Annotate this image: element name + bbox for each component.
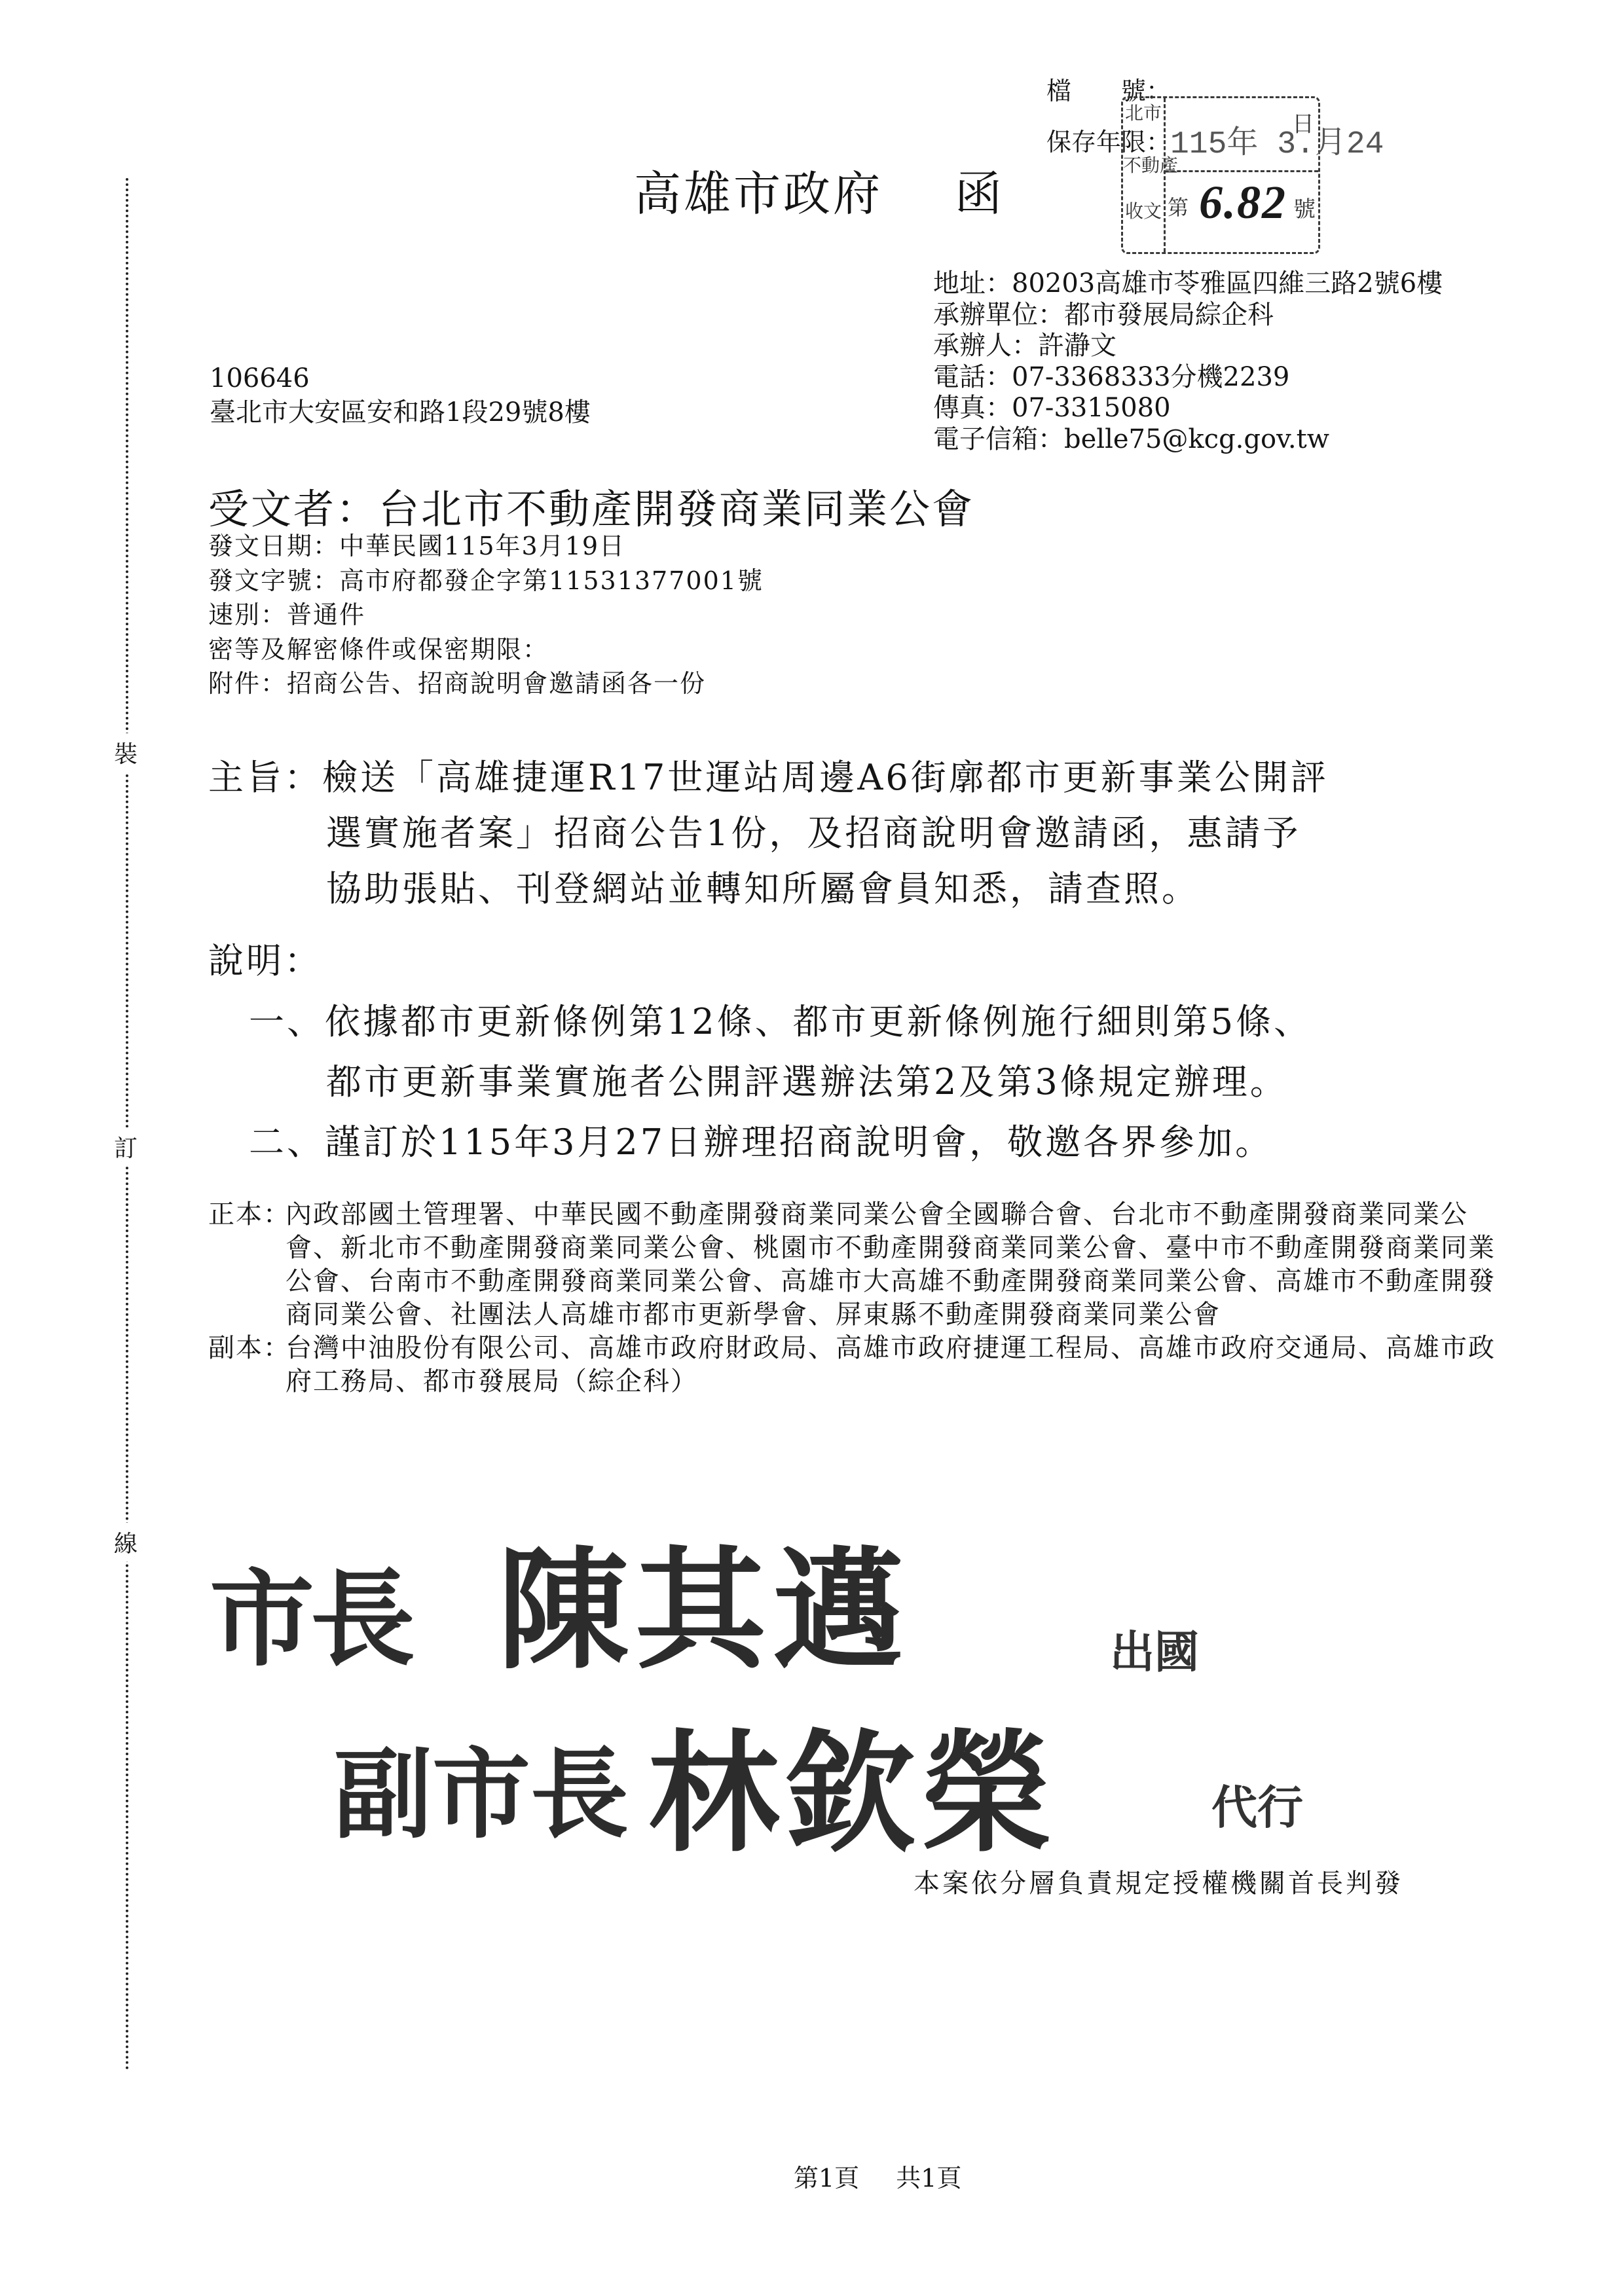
page-total: 共1頁	[896, 2164, 961, 2193]
binding-mark-xian: 線	[114, 1523, 138, 1561]
explanation-item-continued: 都市更新事業實施者公開評選辦法第2及第3條規定辦理。	[249, 1052, 1312, 1112]
contact-fax: 傳真：07-3315080	[933, 393, 1443, 424]
contact-email: 電子信箱：belle75@kcg.gov.tw	[933, 424, 1443, 456]
contact-officer: 承辦人：許瀞文	[933, 331, 1443, 362]
authority-note: 本案依分層負責規定授權機關首長判發	[913, 1863, 1403, 1900]
stamp-org-line: 北市	[1123, 103, 1164, 123]
deputy-mayor-name-seal: 林欽榮	[648, 1689, 1057, 1877]
explanation-section: 一、依據都市更新條例第12條、都市更新條例施行細則第5條、 都市更新事業實施者公…	[249, 992, 1312, 1173]
subject-line: 主旨：檢送「高雄捷運R17世運站周邊A6街廓都市更新事業公開評	[208, 750, 1329, 805]
stamp-number-row: 第 6.82 號	[1165, 172, 1318, 252]
receipt-stamp: 北市 不動產 收文 115年 3.月24 日 第 6.82 號	[1121, 96, 1320, 254]
explanation-item: 一、依據都市更新條例第12條、都市更新條例施行細則第5條、	[249, 992, 1312, 1052]
copy-list: 台灣中油股份有限公司、高雄市政府財政局、高雄市政府捷運工程局、高雄市政府交通局、…	[286, 1332, 1517, 1398]
binding-mark-zhuang: 裝	[114, 733, 138, 772]
document-type: 函	[955, 166, 1005, 221]
binding-dotted-line	[126, 178, 128, 2071]
stamp-day-label: 日	[1292, 106, 1314, 138]
copy-label: 副本：	[208, 1332, 286, 1398]
stamp-org-line: 收文	[1123, 202, 1164, 221]
binding-mark-ding: 訂	[114, 1127, 138, 1166]
subject-line: 協助張貼、刊登網站並轉知所屬會員知悉，請查照。	[208, 861, 1329, 917]
stamp-date-row: 115年 3.月24 日	[1165, 98, 1318, 172]
copy-recipients: 副本： 台灣中油股份有限公司、高雄市政府財政局、高雄市政府捷運工程局、高雄市政府…	[208, 1332, 1517, 1398]
stamp-number-suffix: 號	[1293, 191, 1316, 223]
subject-section: 主旨：檢送「高雄捷運R17世運站周邊A6街廓都市更新事業公開評 選實施者案」招商…	[208, 750, 1329, 917]
delivery-speed: 速別：普通件	[208, 598, 764, 632]
document-number: 發文字號：高市府都發企字第11531377001號	[208, 564, 764, 598]
explanation-title: 說明：	[208, 933, 322, 983]
stamp-date: 115年 3.月24	[1170, 117, 1384, 162]
contact-address: 地址：80203高雄市苓雅區四維三路2號6樓	[933, 268, 1443, 300]
contact-unit: 承辦單位：都市發展局綜企科	[933, 300, 1443, 331]
document-title: 高雄市政府函	[634, 156, 1005, 224]
subject-line: 選實施者案」招商公告1份，及招商說明會邀請函，惠請予	[208, 805, 1329, 861]
recipient: 受文者：台北市不動產開發商業同業公會	[208, 477, 974, 535]
mayor-name-seal: 陳其邁	[498, 1506, 910, 1694]
page-number: 第1頁	[794, 2164, 859, 2193]
deputy-status: 代行	[1211, 1771, 1303, 1837]
issue-date: 發文日期：中華民國115年3月19日	[208, 529, 764, 564]
original-list: 內政部國土管理署、中華民國不動產開發商業同業公會全國聯合會、台北市不動產開發商業…	[286, 1198, 1517, 1332]
attachments: 附件：招商公告、招商說明會邀請函各一份	[208, 666, 764, 701]
explanation-item: 二、謹訂於115年3月27日辦理招商說明會，敬邀各界參加。	[249, 1112, 1312, 1173]
page-footer: 第1頁共1頁	[794, 2158, 961, 2194]
stamp-number-prefix: 第	[1168, 191, 1189, 221]
deputy-mayor-title-seal: 副市長	[334, 1715, 629, 1857]
stamp-number: 6.82	[1199, 175, 1287, 230]
mayor-title-seal: 市長	[210, 1535, 411, 1686]
contact-block: 地址：80203高雄市苓雅區四維三路2號6樓 承辦單位：都市發展局綜企科 承辦人…	[933, 268, 1443, 455]
recipient-address: 臺北市大安區安和路1段29號8樓	[210, 395, 591, 429]
secrecy-level: 密等及解密條件或保密期限：	[208, 632, 764, 667]
distribution-section: 正本： 內政部國土管理署、中華民國不動產開發商業同業公會全國聯合會、台北市不動產…	[208, 1198, 1517, 1398]
original-label: 正本：	[208, 1198, 286, 1332]
stamp-org-line: 不動產	[1123, 156, 1164, 175]
recipient-postal-block: 106646 臺北市大安區安和路1段29號8樓	[210, 361, 591, 429]
mayor-status: 出國	[1110, 1617, 1199, 1681]
recipient-zip: 106646	[210, 361, 591, 395]
original-recipients: 正本： 內政部國土管理署、中華民國不動產開發商業同業公會全國聯合會、台北市不動產…	[208, 1198, 1517, 1332]
document-fields: 發文日期：中華民國115年3月19日 發文字號：高市府都發企字第11531377…	[208, 529, 764, 701]
stamp-org-column: 北市 不動產 收文	[1123, 98, 1166, 252]
issuing-agency: 高雄市政府	[634, 166, 883, 221]
contact-phone: 電話：07-3368333分機2239	[933, 362, 1443, 393]
